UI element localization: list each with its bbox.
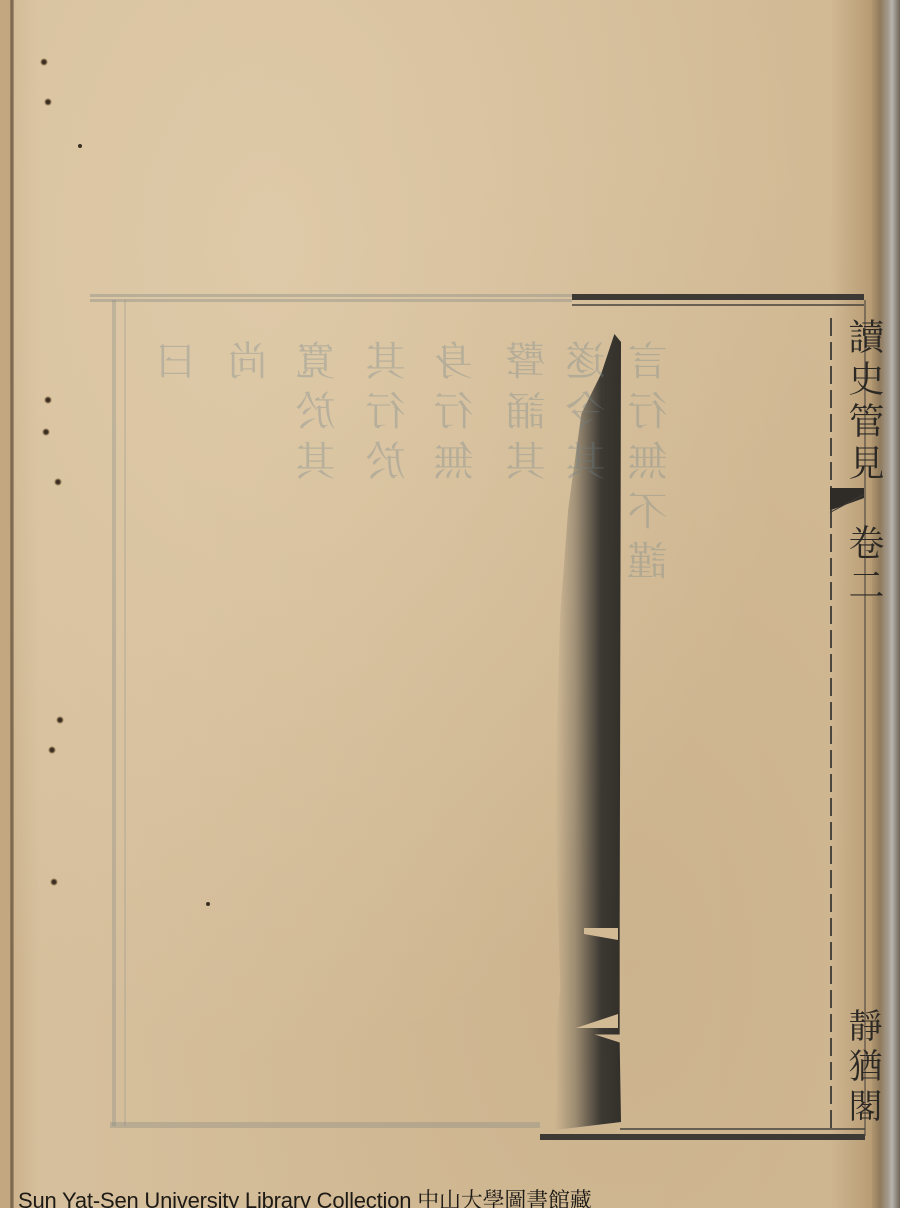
frame-left-ghost-inner [124, 300, 126, 1126]
bleed-column: 身行無 [428, 340, 485, 490]
binding-hole [56, 716, 64, 724]
binding-hole [48, 746, 56, 754]
frame-bottom-rule [540, 1134, 865, 1140]
bleed-column: 言行無不謹 [622, 340, 679, 590]
frame-left-ghost [112, 300, 116, 1126]
ink-spot [206, 902, 210, 906]
ink-spot [78, 144, 82, 148]
frame-bottom-ghost [110, 1122, 540, 1128]
bleed-column: 曰 [150, 340, 207, 390]
book-title: 讀史管見 [838, 318, 889, 486]
publisher-mark: 靜猶閣 [838, 1008, 887, 1128]
library-watermark: Sun Yat-Sen University Library Collectio… [18, 1184, 592, 1208]
binding-hole [40, 58, 48, 66]
frame-top-ghost [90, 294, 572, 302]
binding-hole [42, 428, 50, 436]
bleed-column: 聲誦其 [500, 340, 557, 490]
gutter-fold [10, 0, 14, 1208]
bleed-column: 遂令其 [560, 340, 617, 490]
binding-hole [44, 396, 52, 404]
bleed-column: 寬於其 [290, 340, 347, 490]
frame-top-inner-rule [572, 304, 864, 306]
volume-label: 卷二 [838, 524, 889, 608]
scanned-page: 言行無不謹 遂令其 聲誦其 身行無 其行於 寬於其 尚 曰 讀史管見 卷二 靜猶… [0, 0, 900, 1208]
margin-dashed-rule [830, 318, 832, 1128]
frame-bottom-inner-rule [620, 1128, 865, 1130]
previous-page-edge [0, 0, 10, 1208]
bleed-column: 尚 [222, 340, 279, 390]
binding-hole [44, 98, 52, 106]
binding-hole [54, 478, 62, 486]
frame-top-rule [572, 294, 864, 300]
bleed-column: 其行於 [360, 340, 417, 490]
binding-hole [50, 878, 58, 886]
